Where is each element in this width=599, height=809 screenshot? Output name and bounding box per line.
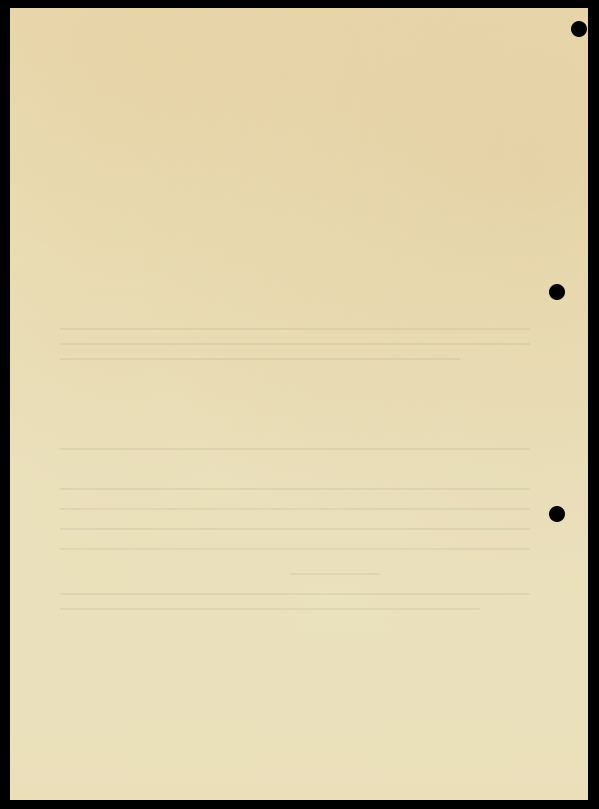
bleed-through-line — [60, 548, 530, 550]
punch-hole — [571, 21, 587, 37]
bleed-through-line — [60, 448, 530, 450]
bleed-through-line — [60, 343, 530, 345]
bleed-through-line — [60, 528, 530, 530]
punch-hole — [549, 506, 565, 522]
bleed-through-line — [60, 328, 530, 330]
bleed-through-line — [60, 593, 530, 595]
paper-page — [10, 8, 588, 800]
bleed-through-line — [60, 488, 530, 490]
bleed-through-line — [60, 508, 530, 510]
bleed-through-line — [60, 608, 480, 610]
bleed-through-line — [60, 358, 460, 360]
punch-hole — [549, 284, 565, 300]
bleed-through-line — [290, 573, 380, 575]
